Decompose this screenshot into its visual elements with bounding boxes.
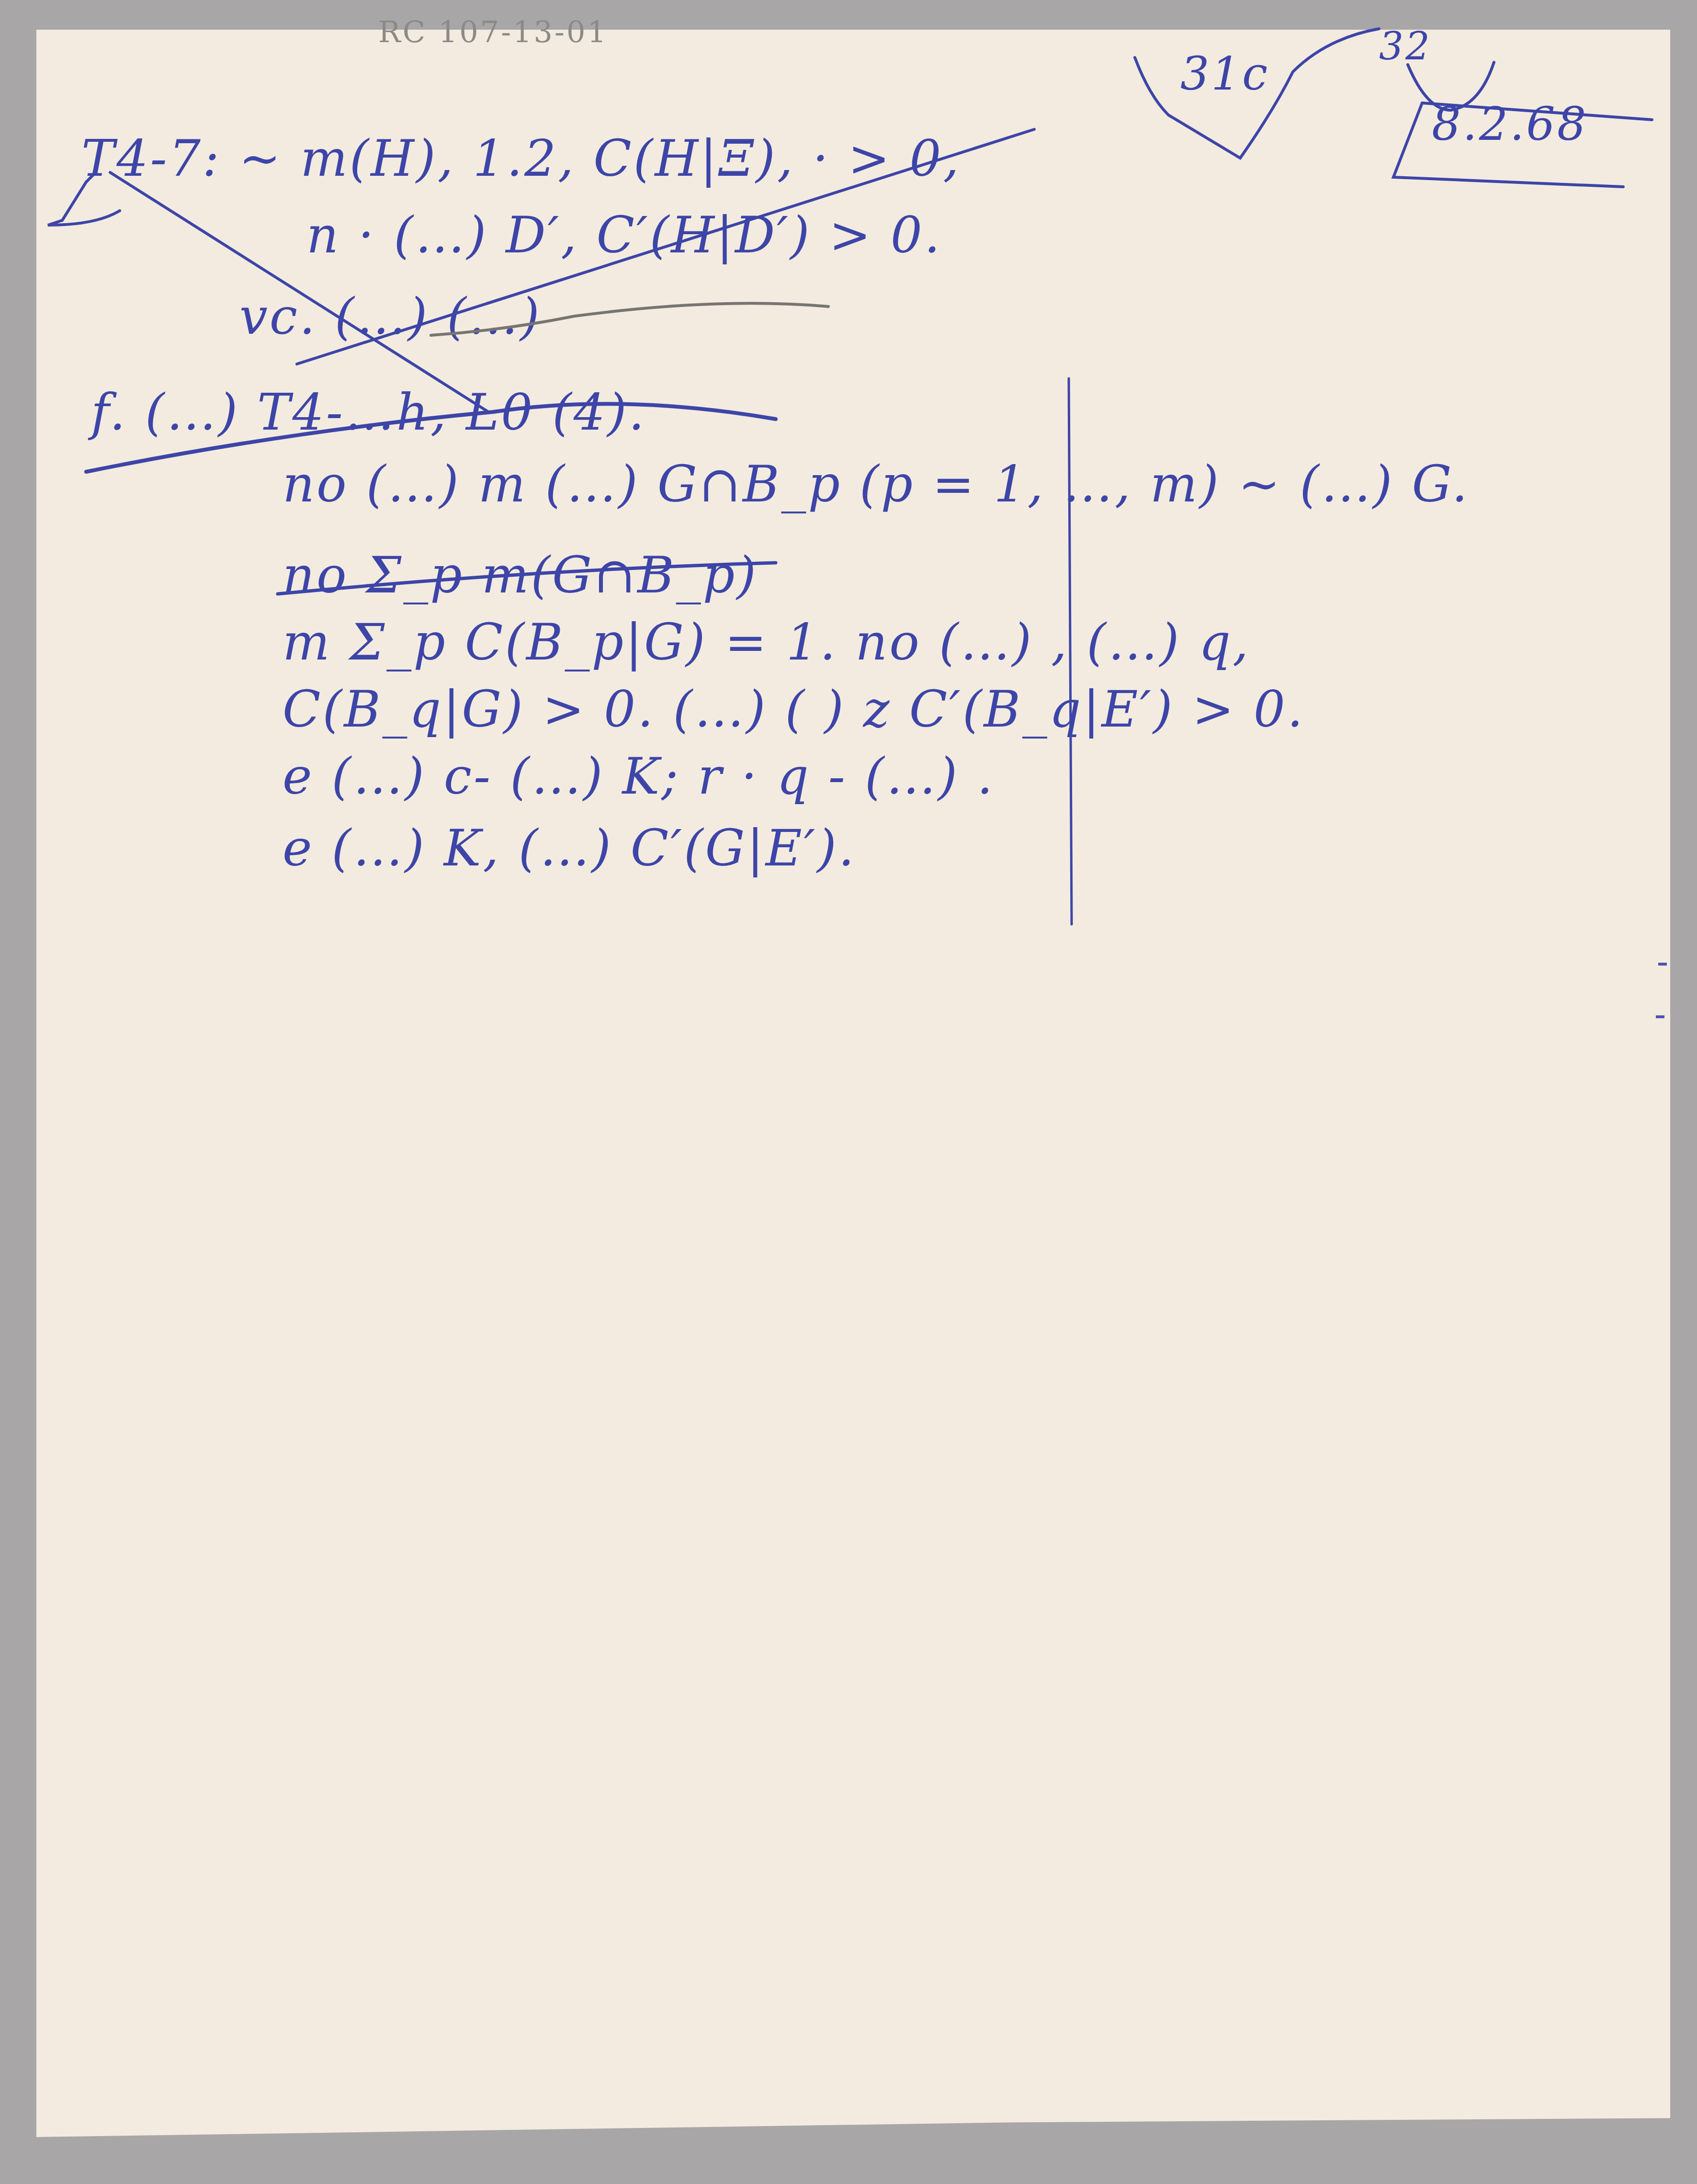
crossed-line-1: T4-7: ~ m(H), 1.2, C(H|Ξ), · > 0, [81,129,961,188]
text-line-2-struck: no Σ_p m(G∩B_p) [283,546,758,604]
page-number: 31c [1180,48,1269,101]
margin-tick-mark [1658,963,1667,966]
struck-page-number: 32 [1379,24,1432,68]
manuscript-page [36,30,1670,2137]
text-line-3: m Σ_p C(B_p|G) = 1. no (…) , (…) q, [283,613,1250,671]
margin-tick-mark [1656,1015,1664,1018]
crossed-line-2: n · (…) D′, C′(H|D′) > 0. [306,206,942,264]
crossed-line-3: vc. (…) (…) [239,287,541,346]
text-line-1: no (…) m (…) G∩B_p (p = 1, …, m) ~ (…) G… [283,455,1470,513]
date: 8.2.68 [1432,98,1588,151]
text-line-5: e (…) c- (…) K; r · q - (…) . [283,747,995,806]
text-line-6: e (…) K, (…) C′(G|E′). [283,819,856,877]
text-line-4: C(B_q|G) > 0. (…) ( ) z C′(B_q|E′) > 0. [283,680,1305,739]
archive-id: RC 107-13-01 [378,14,608,49]
section-heading: f. (…) T4-…h, L0 (4). [91,383,646,442]
